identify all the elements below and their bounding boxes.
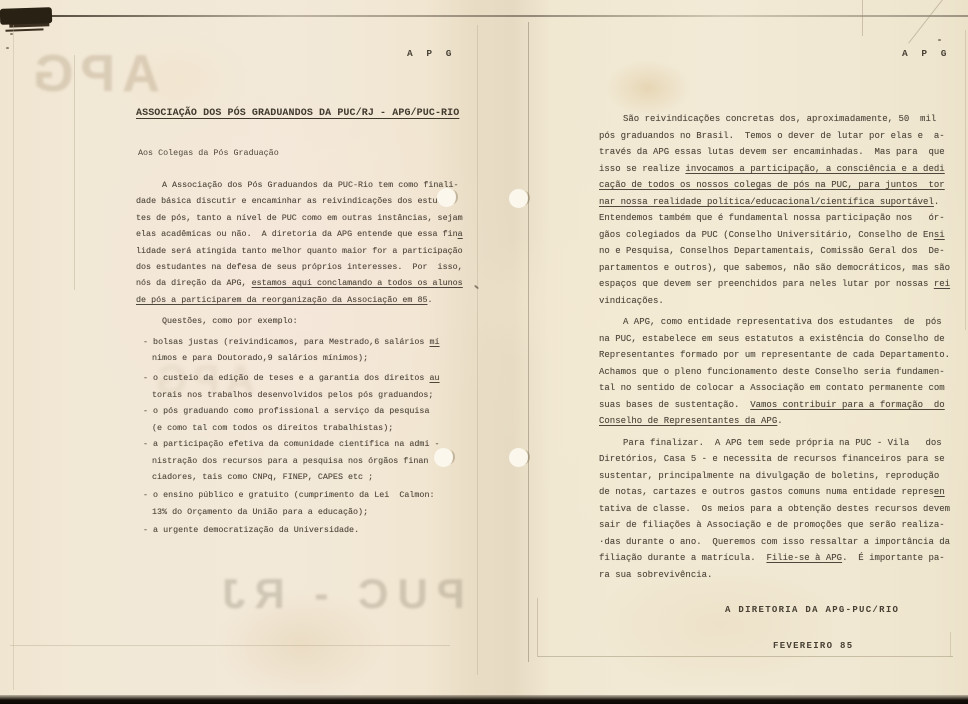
text-line: nar nossa realidade política/educacional… [599,194,955,211]
text-line: - o pós graduando como profissional a se… [143,403,481,419]
text-line: na PUC, estabelece em seus estatutos a e… [599,331,955,348]
right-scan-edge-line [965,30,966,330]
underlined-text: cação de todos os nossos colegas de pós … [599,180,945,190]
typed-text: sustentar, principalmente na divulgação … [599,471,939,481]
text-line: través da APG essas lutas devem ser enca… [599,144,955,161]
text-line: - a urgente democratização da Universida… [143,522,481,538]
underlined-text: de pós a participarem da reorganização d… [136,295,428,305]
right-page-header-apg: A P G [902,48,951,59]
underlying-page-edge-vertical-right [950,632,951,657]
typed-text: Representantes formado por um representa… [599,350,950,360]
text-line: no e Pesquisa, Conselhos Departamentais,… [599,243,955,260]
typed-text: 13% do Orçamento da União para a educaçã… [152,507,368,517]
typed-text: dos estudantes na defesa de seus próprio… [136,262,463,272]
watermark-apg-mirrored: APG [26,44,160,104]
text-line: - bolsas justas (reivindicamos, para Mes… [143,334,481,350]
typed-text: isso se realize [599,164,685,174]
typed-text: - bolsas justas (reivindicamos, para Mes… [143,337,429,347]
text-line: de notas, cartazes e outros gastos comun… [599,484,955,501]
text-line: filiação durante a matrícula. Filie-se à… [599,550,955,567]
text-line: nimos e para Doutorado,9 salários mínimo… [152,350,481,366]
typed-text: lidade será atingida tanto melhor quanto… [136,246,463,256]
typed-text: ra sua sobrevivência. [599,570,712,580]
typed-text: pós graduandos no Brasil. Temos o dever … [599,131,945,141]
crease-line-horizontal [10,645,450,646]
text-line: ciadores, tais como CNPq, FINEP, CAPES e… [152,469,481,485]
right-page-body: São reivindicações concretas dos, aproxi… [599,111,955,583]
text-line: (e como tal com todos os direitos trabal… [152,420,481,436]
salutation: Aos Colegas da Pós Graduação [138,148,279,158]
underlined-text: si [934,230,945,240]
typed-text: torais nos trabalhos desenvolvidos pelos… [152,390,433,400]
underlined-text: Conselho de Representantes da APG [599,416,777,426]
text-line: tativa de classe. Os meios para a obtenç… [599,501,955,518]
punch-hole-right-bottom [509,448,528,467]
watermark-puc-rj-mirrored: PUC - RJ [213,570,465,618]
underlined-text: a [458,229,463,239]
text-line: partamentos e outros), que sabemos, não … [599,260,955,277]
underlined-text: nar nossa realidade política/educacional… [599,197,934,207]
left-scan-edge-line [13,25,14,690]
typed-text: A Associação dos Pós Graduandos da PUC-R… [162,180,459,190]
typed-text: ·das durante o ano. Queremos com isso re… [599,537,950,547]
text-line: - o custeio da edição de teses e a garan… [143,370,481,386]
signature-line-1: A DIRETORIA DA APG-PUC/RIO [725,604,899,616]
underlying-page-edge-horizontal [538,656,953,657]
text-line: - a participação efetiva da comunidade c… [143,436,481,452]
typed-text: . [428,295,433,305]
typed-text: - a urgente democratização da Universida… [143,525,359,535]
right-page-top-crease [862,0,863,36]
text-line: elas acadêmicas ou não. A diretoria da A… [136,226,481,242]
text-line: lidade será atingida tanto melhor quanto… [136,243,481,259]
left-page-header-apg: A P G [407,48,456,59]
underlined-text: Filie-se à APG [766,553,842,563]
typed-text: - o custeio da edição de teses e a garan… [143,373,429,383]
text-line: São reivindicações concretas dos, aproxi… [623,111,955,128]
typed-text: Achamos que o pleno funcionamento deste … [599,367,945,377]
typed-text: espaços que devem ser preenchidos para n… [599,279,934,289]
typed-text: suas bases de sustentação. [599,400,750,410]
typed-text: nós da direção da APG, [136,278,252,288]
typed-text: de notas, cartazes e outros gastos comun… [599,487,934,497]
text-line: Representantes formado por um representa… [599,347,955,364]
typed-text: (e como tal com todos os direitos trabal… [152,423,393,433]
typed-text: tal no sentido de colocar a Associação e… [599,383,945,393]
underlined-text: Vamos contribuir para a formação do [750,400,944,410]
text-line: espaços que devem ser preenchidos para n… [599,276,955,293]
text-line: Para finalizar. A APG tem sede própria n… [623,435,955,452]
text-line: 13% do Orçamento da União para a educaçã… [152,504,481,520]
punch-hole-right-top [509,189,528,208]
typed-text: Para finalizar. A APG tem sede própria n… [623,438,942,448]
typed-text: São reivindicações concretas dos, aproxi… [623,114,936,124]
top-right-corner-crease [908,0,943,43]
typed-text: . É importante pa- [842,553,945,563]
typed-text: partamentos e outros), que sabemos, não … [599,263,950,273]
ink-speck [938,39,941,41]
text-line: tal no sentido de colocar a Associação e… [599,380,955,397]
typed-text: elas acadêmicas ou não. A diretoria da A… [136,229,458,239]
typed-text: través da APG essas lutas devem ser enca… [599,147,945,157]
text-line: cação de todos os nossos colegas de pós … [599,177,955,194]
document-title: ASSOCIAÇÃO DOS PÓS GRADUANDOS DA PUC/RJ … [136,108,459,119]
text-line: pós graduandos no Brasil. Temos o dever … [599,128,955,145]
typed-text: dade básica discutir e encaminhar as rei… [136,196,453,206]
crease-line-vertical [74,55,75,290]
typed-text: A APG, como entidade representativa dos … [623,317,942,327]
text-line: de pós a participarem da reorganização d… [136,292,481,308]
typed-text: ciadores, tais como CNPq, FINEP, CAPES e… [152,472,373,482]
ink-speck [10,33,13,35]
typed-text: nistração dos recursos para a pesquisa n… [152,456,428,466]
typed-text: - o pós graduando como profissional a se… [143,406,429,416]
typed-text: - a participação efetiva da comunidade c… [143,439,440,449]
text-line: Conselho de Representantes da APG. [599,413,955,430]
typed-text: - o ensino público e gratuito (cumprimen… [143,490,435,500]
text-line: torais nos trabalhos desenvolvidos pelos… [152,387,481,403]
underlined-text: mí [429,337,439,347]
typed-text: Questões, como por exemplo: [162,316,298,326]
text-line: Questões, como por exemplo: [162,313,481,329]
text-line: ·das durante o ano. Queremos com isso re… [599,534,955,551]
typed-text: nimos e para Doutorado,9 salários mínimo… [152,353,368,363]
text-line: nós da direção da APG, estamos aqui conc… [136,275,481,291]
text-line: tes de pós, tanto a nível de PUC como em… [136,210,481,226]
typed-text: Entendemos também que é fundamental noss… [599,213,945,223]
text-line: dade básica discutir e encaminhar as rei… [136,193,481,209]
typed-text: tes de pós, tanto a nível de PUC como em… [136,213,463,223]
text-line: nistração dos recursos para a pesquisa n… [152,453,481,469]
underlined-text: estamos aqui conclamando a todos os alun… [252,278,463,288]
ink-speck [6,47,9,49]
typed-text: na PUC, estabelece em seus estatutos a e… [599,334,945,344]
scanned-document: APG APG PUC - RJ A P G A P G ASSOCIAÇÃO … [0,0,968,704]
typed-text: sair de filiações à Associação e de prom… [599,520,945,530]
text-line: gãos colegiados da PUC (Conselho Univers… [599,227,955,244]
typed-text: Diretórios, Casa 5 - e necessita de recu… [599,454,945,464]
text-line: isso se realize invocamos a participação… [599,161,955,178]
punch-hole-left-bottom [434,448,453,467]
typed-text: filiação durante a matrícula. [599,553,766,563]
underlined-text: en [934,487,945,497]
typed-text: . [777,416,782,426]
text-line: sair de filiações à Associação e de prom… [599,517,955,534]
typed-text: tativa de classe. Os meios para a obtenç… [599,504,950,514]
signature-block: A DIRETORIA DA APG-PUC/RIO FEVEREIRO 85 [725,580,899,676]
typed-text: vindicações. [599,296,664,306]
text-line: suas bases de sustentação. Vamos contrib… [599,397,955,414]
text-line: - o ensino público e gratuito (cumprimen… [143,487,481,503]
typed-text: . [934,197,939,207]
text-line: vindicações. [599,293,955,310]
text-line: Achamos que o pleno funcionamento deste … [599,364,955,381]
text-line: Diretórios, Casa 5 - e necessita de recu… [599,451,955,468]
text-line: A APG, como entidade representativa dos … [623,314,955,331]
left-page-body: A Associação dos Pós Graduandos da PUC-R… [136,177,481,539]
underlined-text: invocamos a participação, a consciência … [685,164,944,174]
text-line: A Associação dos Pós Graduandos da PUC-R… [162,177,481,193]
underlined-text: au [429,373,439,383]
signature-line-2: FEVEREIRO 85 [773,640,899,652]
text-line: sustentar, principalmente na divulgação … [599,468,955,485]
underlined-text: rei [934,279,950,289]
scan-edge-top [0,15,968,17]
center-fold-line [528,22,529,662]
scan-edge-bottom [0,695,968,704]
text-line: Entendemos também que é fundamental noss… [599,210,955,227]
text-line: dos estudantes na defesa de seus próprio… [136,259,481,275]
typed-text: gãos colegiados da PUC (Conselho Univers… [599,230,934,240]
typed-text: no e Pesquisa, Conselhos Departamentais,… [599,246,945,256]
scan-artifact-blob [0,7,52,25]
punch-hole-left-top [437,188,456,207]
underlying-page-edge-vertical [537,598,538,657]
left-page-edge-line [477,25,478,675]
